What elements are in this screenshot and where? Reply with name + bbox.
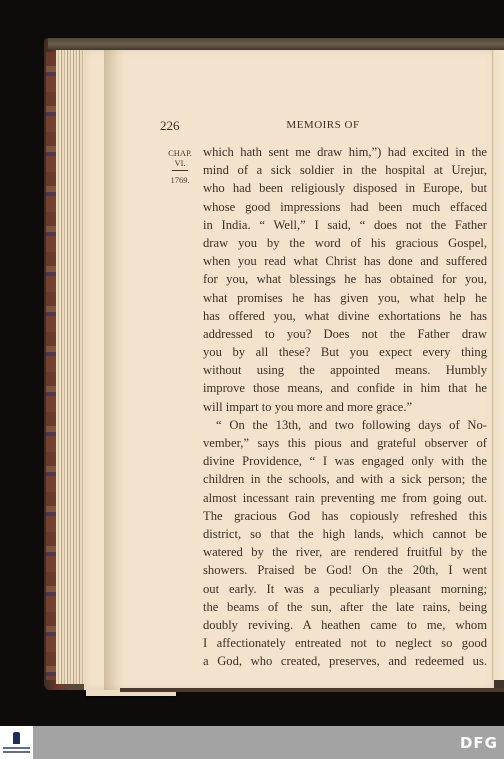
text-line: who had been religiously disposed in Eur…	[203, 179, 487, 197]
library-logo-icon[interactable]	[0, 726, 33, 759]
text-line: you by all these? But you expect every t…	[203, 343, 487, 361]
cover-top-edge	[48, 38, 504, 50]
text-line: the beams of the sun, after the late rai…	[203, 598, 487, 616]
text-line: showers. Praised be God! On the 20th, I …	[203, 561, 487, 579]
text-line: addressed to you? Does not the Father dr…	[203, 325, 487, 343]
page-bottom-shadow	[120, 688, 504, 692]
margin-chap-number: VI.	[161, 158, 199, 168]
text-line: out early. It was a peculiarly pleasant …	[203, 580, 487, 598]
body-text: which hath sent me draw him,”) had excit…	[203, 143, 487, 670]
text-line: children in the schools, and with a sick…	[203, 470, 487, 488]
text-line: whose good impressions had been much eff…	[203, 198, 487, 216]
gutter-shadow	[104, 50, 124, 690]
text-line: without using the appointed means. Humbl…	[203, 361, 487, 379]
text-line: almost incessant rain preventing me from…	[203, 489, 487, 507]
text-line: for you, what blessings he has obtained …	[203, 270, 487, 288]
text-line: which hath sent me draw him,”) had excit…	[203, 143, 487, 161]
marbled-edge	[46, 52, 56, 680]
text-line: will impart to you more and more grace.”	[203, 398, 487, 416]
text-line: The gracious God has copiously refreshed…	[203, 507, 487, 525]
text-line: what promises he has given you, what hel…	[203, 289, 487, 307]
text-line: watered by the river, are rendered fruit…	[203, 543, 487, 561]
page-header: 226 MEMOIRS OF	[160, 118, 486, 134]
scan-viewer: 226 MEMOIRS OF CHAP. VI. 1769. which hat…	[0, 0, 504, 726]
text-line: district, so that the high lands, which …	[203, 525, 487, 543]
library-figure-icon	[13, 732, 20, 744]
running-head: MEMOIRS OF	[160, 119, 486, 131]
margin-chap-label: CHAP.	[161, 148, 199, 158]
text-line: draw you by the word of his gracious Gos…	[203, 234, 487, 252]
text-line: when you read what Christ has done and s…	[203, 252, 487, 270]
text-line: has offered you, what divine exhortation…	[203, 307, 487, 325]
text-line: in India. “ Well,” I said, “ does not th…	[203, 216, 487, 234]
text-line: improve those means, and confide in him …	[203, 379, 487, 397]
library-text-line	[3, 751, 30, 753]
library-text-line	[3, 747, 30, 749]
text-line: vember,” says this pious and grateful ob…	[203, 434, 487, 452]
margin-note: CHAP. VI. 1769.	[161, 148, 199, 185]
text-line: “ On the 13th, and two following days of…	[203, 416, 487, 434]
text-line: a God, who created, preserves, and redee…	[203, 652, 487, 670]
text-line: I affectionately entreated not to neglec…	[203, 634, 487, 652]
margin-rule	[172, 170, 188, 171]
footer-bar: DFG	[0, 726, 504, 759]
dfg-logo[interactable]: DFG	[460, 734, 498, 752]
next-page-edge	[492, 50, 504, 680]
text-line: divine Providence, “ I was engaged only …	[203, 452, 487, 470]
text-line: doubly reviving. A heathen came to me, w…	[203, 616, 487, 634]
margin-year: 1769.	[161, 175, 199, 185]
text-line: mind of a sick soldier in the hospital a…	[203, 161, 487, 179]
